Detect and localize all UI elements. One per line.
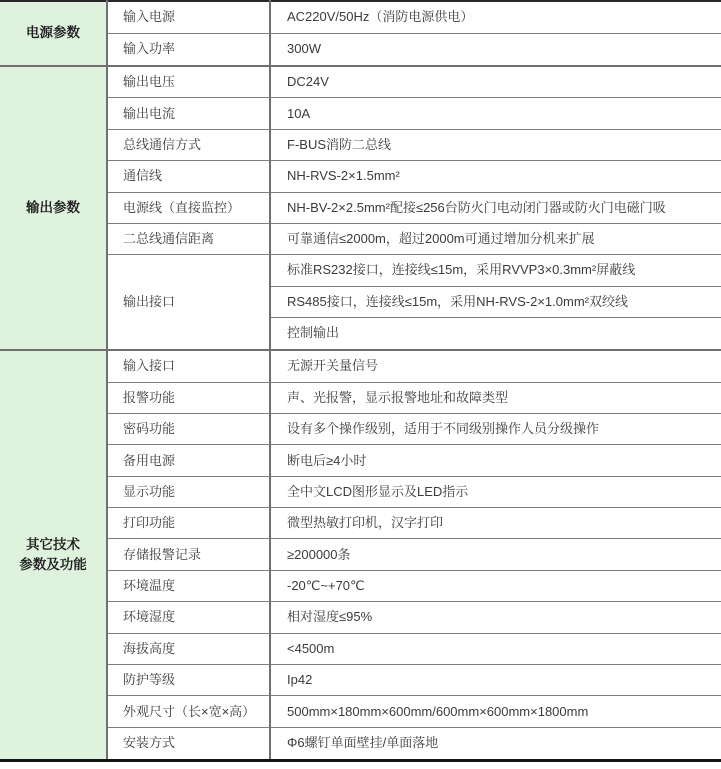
param-name-cell: 密码功能 bbox=[107, 413, 270, 444]
spec-row: 密码功能 设有多个操作级别，适用于不同级别操作人员分级操作 bbox=[0, 413, 721, 444]
param-name-cell: 防护等级 bbox=[107, 664, 270, 695]
spec-row: 电源线（直接监控） NH-BV-2×2.5mm²配接≤256台防火门电动闭门器或… bbox=[0, 192, 721, 223]
section-header-output: 输出参数 bbox=[0, 66, 107, 350]
param-value-cell: 10A bbox=[270, 98, 721, 129]
param-name-cell: 输出电压 bbox=[107, 66, 270, 98]
spec-row: 环境湿度 相对湿度≤95% bbox=[0, 602, 721, 633]
param-name-cell: 环境温度 bbox=[107, 570, 270, 601]
param-value-cell: 相对湿度≤95% bbox=[270, 602, 721, 633]
section-title-line: 其它技术 bbox=[0, 535, 106, 555]
section-title-line: 参数及功能 bbox=[0, 555, 106, 575]
param-value-cell: 300W bbox=[270, 33, 721, 65]
section-title-line: 电源参数 bbox=[0, 23, 106, 43]
spec-row: 输入功率 300W bbox=[0, 33, 721, 65]
param-name-cell: 环境湿度 bbox=[107, 602, 270, 633]
param-value-cell: ≥200000条 bbox=[270, 539, 721, 570]
spec-row: 二总线通信距离 可靠通信≤2000m，超过2000m可通过增加分机来扩展 bbox=[0, 223, 721, 254]
param-name-cell: 显示功能 bbox=[107, 476, 270, 507]
param-name-cell: 输入功率 bbox=[107, 33, 270, 65]
spec-row: 通信线 NH-RVS-2×1.5mm² bbox=[0, 161, 721, 192]
section-header-power: 电源参数 bbox=[0, 1, 107, 66]
section-title-line: 输出参数 bbox=[0, 198, 106, 218]
param-value-cell: NH-BV-2×2.5mm²配接≤256台防火门电动闭门器或防火门电磁门吸 bbox=[270, 192, 721, 223]
param-name-cell: 报警功能 bbox=[107, 382, 270, 413]
spec-row: 备用电源 断电后≥4小时 bbox=[0, 445, 721, 476]
param-name-cell: 备用电源 bbox=[107, 445, 270, 476]
spec-row: 输出接口 标准RS232接口，连接线≤15m，采用RVVP3×0.3mm²屏蔽线 bbox=[0, 255, 721, 286]
param-value-cell: 声、光报警，显示报警地址和故障类型 bbox=[270, 382, 721, 413]
spec-row: 环境温度 -20℃~+70℃ bbox=[0, 570, 721, 601]
section-header-other: 其它技术 参数及功能 bbox=[0, 350, 107, 761]
spec-table: 电源参数 输入电源 AC220V/50Hz（消防电源供电） 输入功率 300W … bbox=[0, 0, 721, 762]
param-name-cell: 总线通信方式 bbox=[107, 129, 270, 160]
param-value-cell: 标准RS232接口，连接线≤15m，采用RVVP3×0.3mm²屏蔽线 bbox=[270, 255, 721, 286]
param-value-cell: 微型热敏打印机，汉字打印 bbox=[270, 508, 721, 539]
spec-row: 安装方式 Φ6螺钉单面壁挂/单面落地 bbox=[0, 727, 721, 760]
param-value-cell: Φ6螺钉单面壁挂/单面落地 bbox=[270, 727, 721, 760]
spec-row: 打印功能 微型热敏打印机，汉字打印 bbox=[0, 508, 721, 539]
param-value-cell: 500mm×180mm×600mm/600mm×600mm×1800mm bbox=[270, 696, 721, 727]
spec-row: 外观尺寸（长×宽×高） 500mm×180mm×600mm/600mm×600m… bbox=[0, 696, 721, 727]
spec-row: 总线通信方式 F-BUS消防二总线 bbox=[0, 129, 721, 160]
param-value-cell: RS485接口，连接线≤15m，采用NH-RVS-2×1.0mm²双绞线 bbox=[270, 286, 721, 317]
spec-row: 输出电流 10A bbox=[0, 98, 721, 129]
param-value-cell: F-BUS消防二总线 bbox=[270, 129, 721, 160]
param-name-cell: 电源线（直接监控） bbox=[107, 192, 270, 223]
param-name-cell: 输出接口 bbox=[107, 255, 270, 350]
param-value-cell: 无源开关量信号 bbox=[270, 350, 721, 382]
spec-row: 电源参数 输入电源 AC220V/50Hz（消防电源供电） bbox=[0, 1, 721, 33]
spec-row: 其它技术 参数及功能 输入接口 无源开关量信号 bbox=[0, 350, 721, 382]
param-name-cell: 存储报警记录 bbox=[107, 539, 270, 570]
param-name-cell: 输出电流 bbox=[107, 98, 270, 129]
param-value-cell: -20℃~+70℃ bbox=[270, 570, 721, 601]
spec-row: 防护等级 Ip42 bbox=[0, 664, 721, 695]
param-name-cell: 安装方式 bbox=[107, 727, 270, 760]
param-value-cell: 设有多个操作级别，适用于不同级别操作人员分级操作 bbox=[270, 413, 721, 444]
spec-row: 存储报警记录 ≥200000条 bbox=[0, 539, 721, 570]
param-name-cell: 输入接口 bbox=[107, 350, 270, 382]
param-name-cell: 外观尺寸（长×宽×高） bbox=[107, 696, 270, 727]
param-value-cell: 可靠通信≤2000m，超过2000m可通过增加分机来扩展 bbox=[270, 223, 721, 254]
param-name-cell: 输入电源 bbox=[107, 1, 270, 33]
param-value-cell: 断电后≥4小时 bbox=[270, 445, 721, 476]
param-name-cell: 海拔高度 bbox=[107, 633, 270, 664]
param-value-cell: DC24V bbox=[270, 66, 721, 98]
spec-row: 海拔高度 <4500m bbox=[0, 633, 721, 664]
spec-row: 显示功能 全中文LCD图形显示及LED指示 bbox=[0, 476, 721, 507]
param-name-cell: 二总线通信距离 bbox=[107, 223, 270, 254]
param-value-cell: Ip42 bbox=[270, 664, 721, 695]
spec-row: 输出参数 输出电压 DC24V bbox=[0, 66, 721, 98]
param-value-cell: AC220V/50Hz（消防电源供电） bbox=[270, 1, 721, 33]
param-value-cell: <4500m bbox=[270, 633, 721, 664]
param-value-cell: 控制输出 bbox=[270, 318, 721, 350]
param-name-cell: 通信线 bbox=[107, 161, 270, 192]
spec-row: 报警功能 声、光报警，显示报警地址和故障类型 bbox=[0, 382, 721, 413]
param-value-cell: NH-RVS-2×1.5mm² bbox=[270, 161, 721, 192]
param-name-cell: 打印功能 bbox=[107, 508, 270, 539]
param-value-cell: 全中文LCD图形显示及LED指示 bbox=[270, 476, 721, 507]
